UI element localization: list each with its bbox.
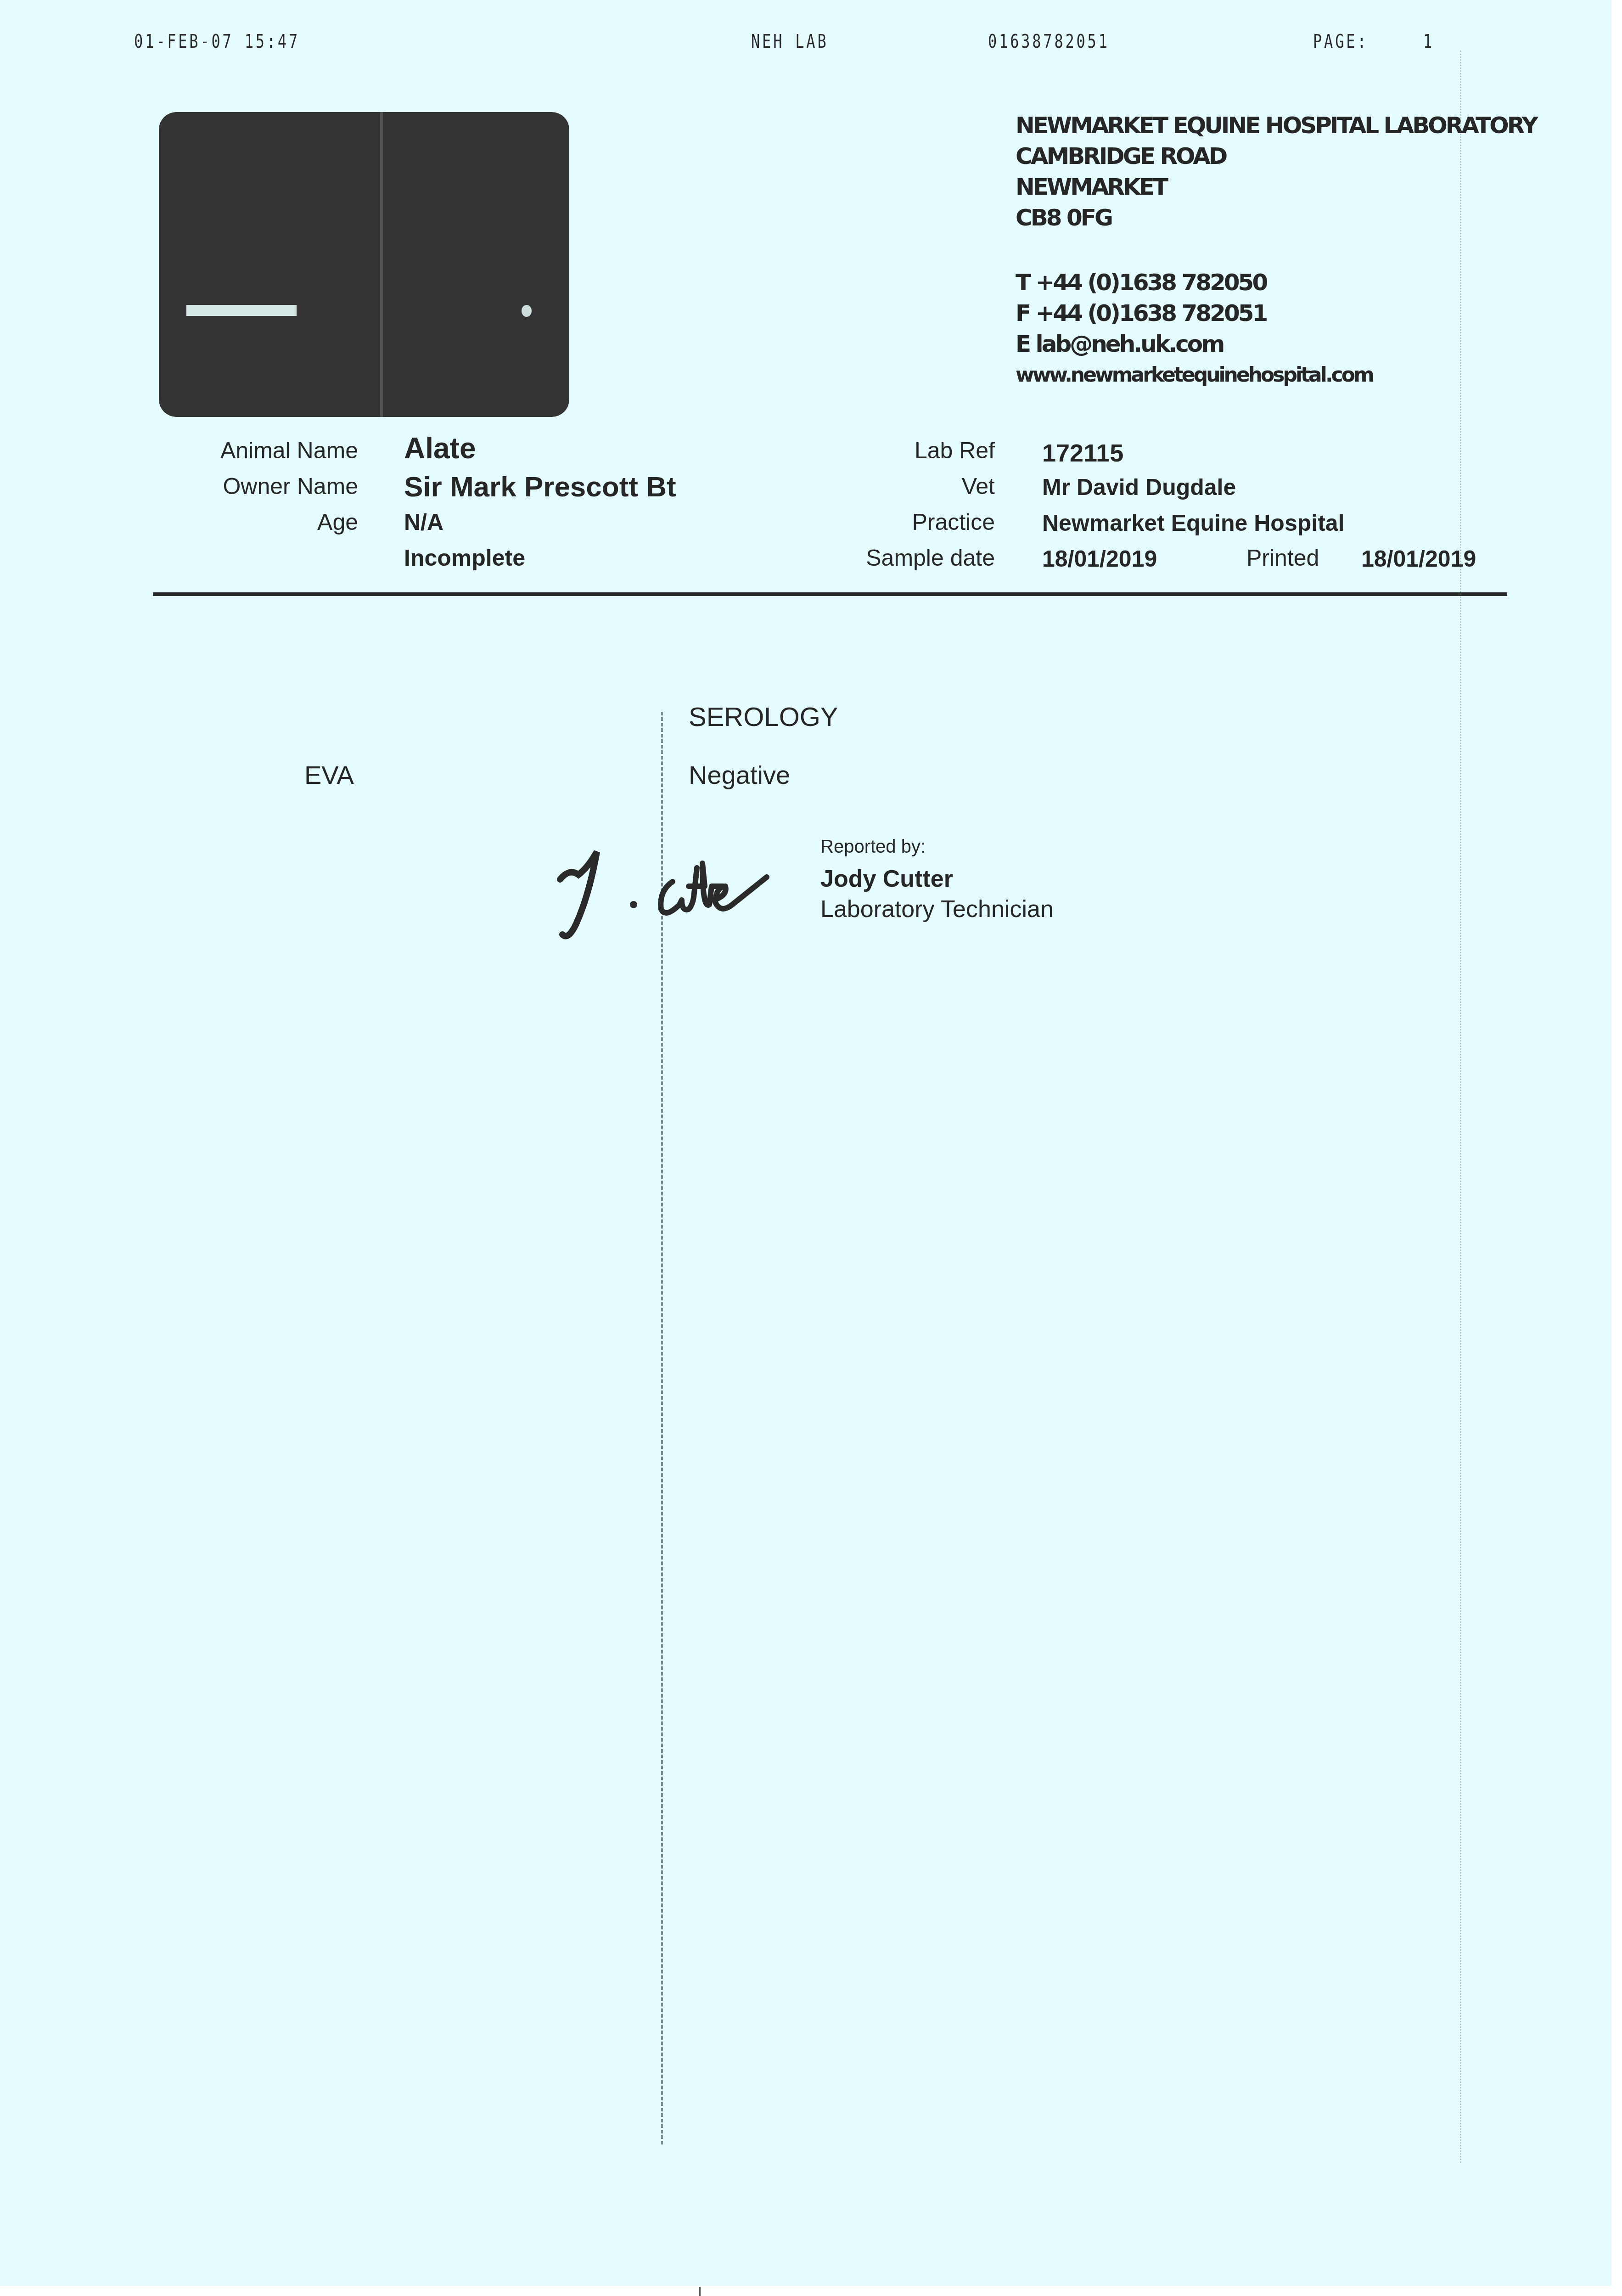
- fax-sender: NEH LAB: [751, 31, 828, 52]
- logo-text-fragment: [186, 305, 297, 316]
- lab-address-line1: CAMBRIDGE ROAD: [1016, 141, 1537, 172]
- lab-website: www.newmarketequinehospital.com: [1016, 360, 1537, 390]
- fax-page-number: 1: [1423, 31, 1434, 52]
- animal-name-label: Animal Name: [220, 439, 358, 462]
- lab-ref-label: Lab Ref: [915, 439, 995, 462]
- fax-datetime: 01-FEB-07 15:47: [134, 31, 300, 52]
- reporter-name: Jody Cutter: [820, 865, 953, 893]
- lab-telephone: T +44 (0)1638 782050: [1016, 267, 1537, 298]
- lab-address-line2: NEWMARKET: [1016, 172, 1537, 203]
- vet-label: Vet: [962, 475, 995, 498]
- owner-name-value: Sir Mark Prescott Bt: [404, 473, 676, 501]
- age-value: N/A: [404, 511, 443, 534]
- sample-date-label: Sample date: [866, 546, 995, 569]
- logo-mark-icon: [522, 305, 532, 317]
- animal-name-value: Alate: [404, 433, 476, 463]
- header-divider: [153, 592, 1507, 596]
- test-name: EVA: [304, 760, 354, 790]
- results-section-title: SEROLOGY: [689, 702, 838, 732]
- hospital-logo: [159, 112, 569, 417]
- printed-date-value: 18/01/2019: [1361, 547, 1476, 570]
- scan-artifact: [1460, 51, 1475, 2163]
- lab-fax: F +44 (0)1638 782051: [1016, 298, 1537, 329]
- practice-label: Practice: [912, 511, 995, 534]
- age-label: Age: [317, 511, 358, 534]
- lab-ref-value: 172115: [1042, 441, 1123, 466]
- logo-divider: [380, 112, 383, 417]
- reported-by-label: Reported by:: [820, 837, 926, 857]
- vet-value: Mr David Dugdale: [1042, 476, 1236, 499]
- test-result: Negative: [689, 760, 790, 790]
- lab-name: NEWMARKET EQUINE HOSPITAL LABORATORY: [1016, 110, 1537, 141]
- sample-date-value: 18/01/2019: [1042, 547, 1157, 570]
- lab-postcode: CB8 0FG: [1016, 203, 1537, 233]
- practice-value: Newmarket Equine Hospital: [1042, 512, 1345, 535]
- record-status: Incomplete: [404, 546, 525, 569]
- fax-page: 01-FEB-07 15:47 NEH LAB 01638782051 PAGE…: [0, 0, 1611, 2286]
- fax-number: 01638782051: [988, 31, 1110, 52]
- fax-page-label: PAGE:: [1313, 31, 1368, 52]
- owner-name-label: Owner Name: [223, 475, 358, 498]
- lab-email: E lab@neh.uk.com: [1016, 329, 1537, 360]
- reporter-role: Laboratory Technician: [820, 895, 1054, 923]
- lab-address-block: NEWMARKET EQUINE HOSPITAL LABORATORY CAM…: [1016, 110, 1537, 390]
- bottom-edge-mark: [699, 2287, 701, 2296]
- printed-label: Printed: [1246, 546, 1319, 569]
- signature: [551, 836, 790, 951]
